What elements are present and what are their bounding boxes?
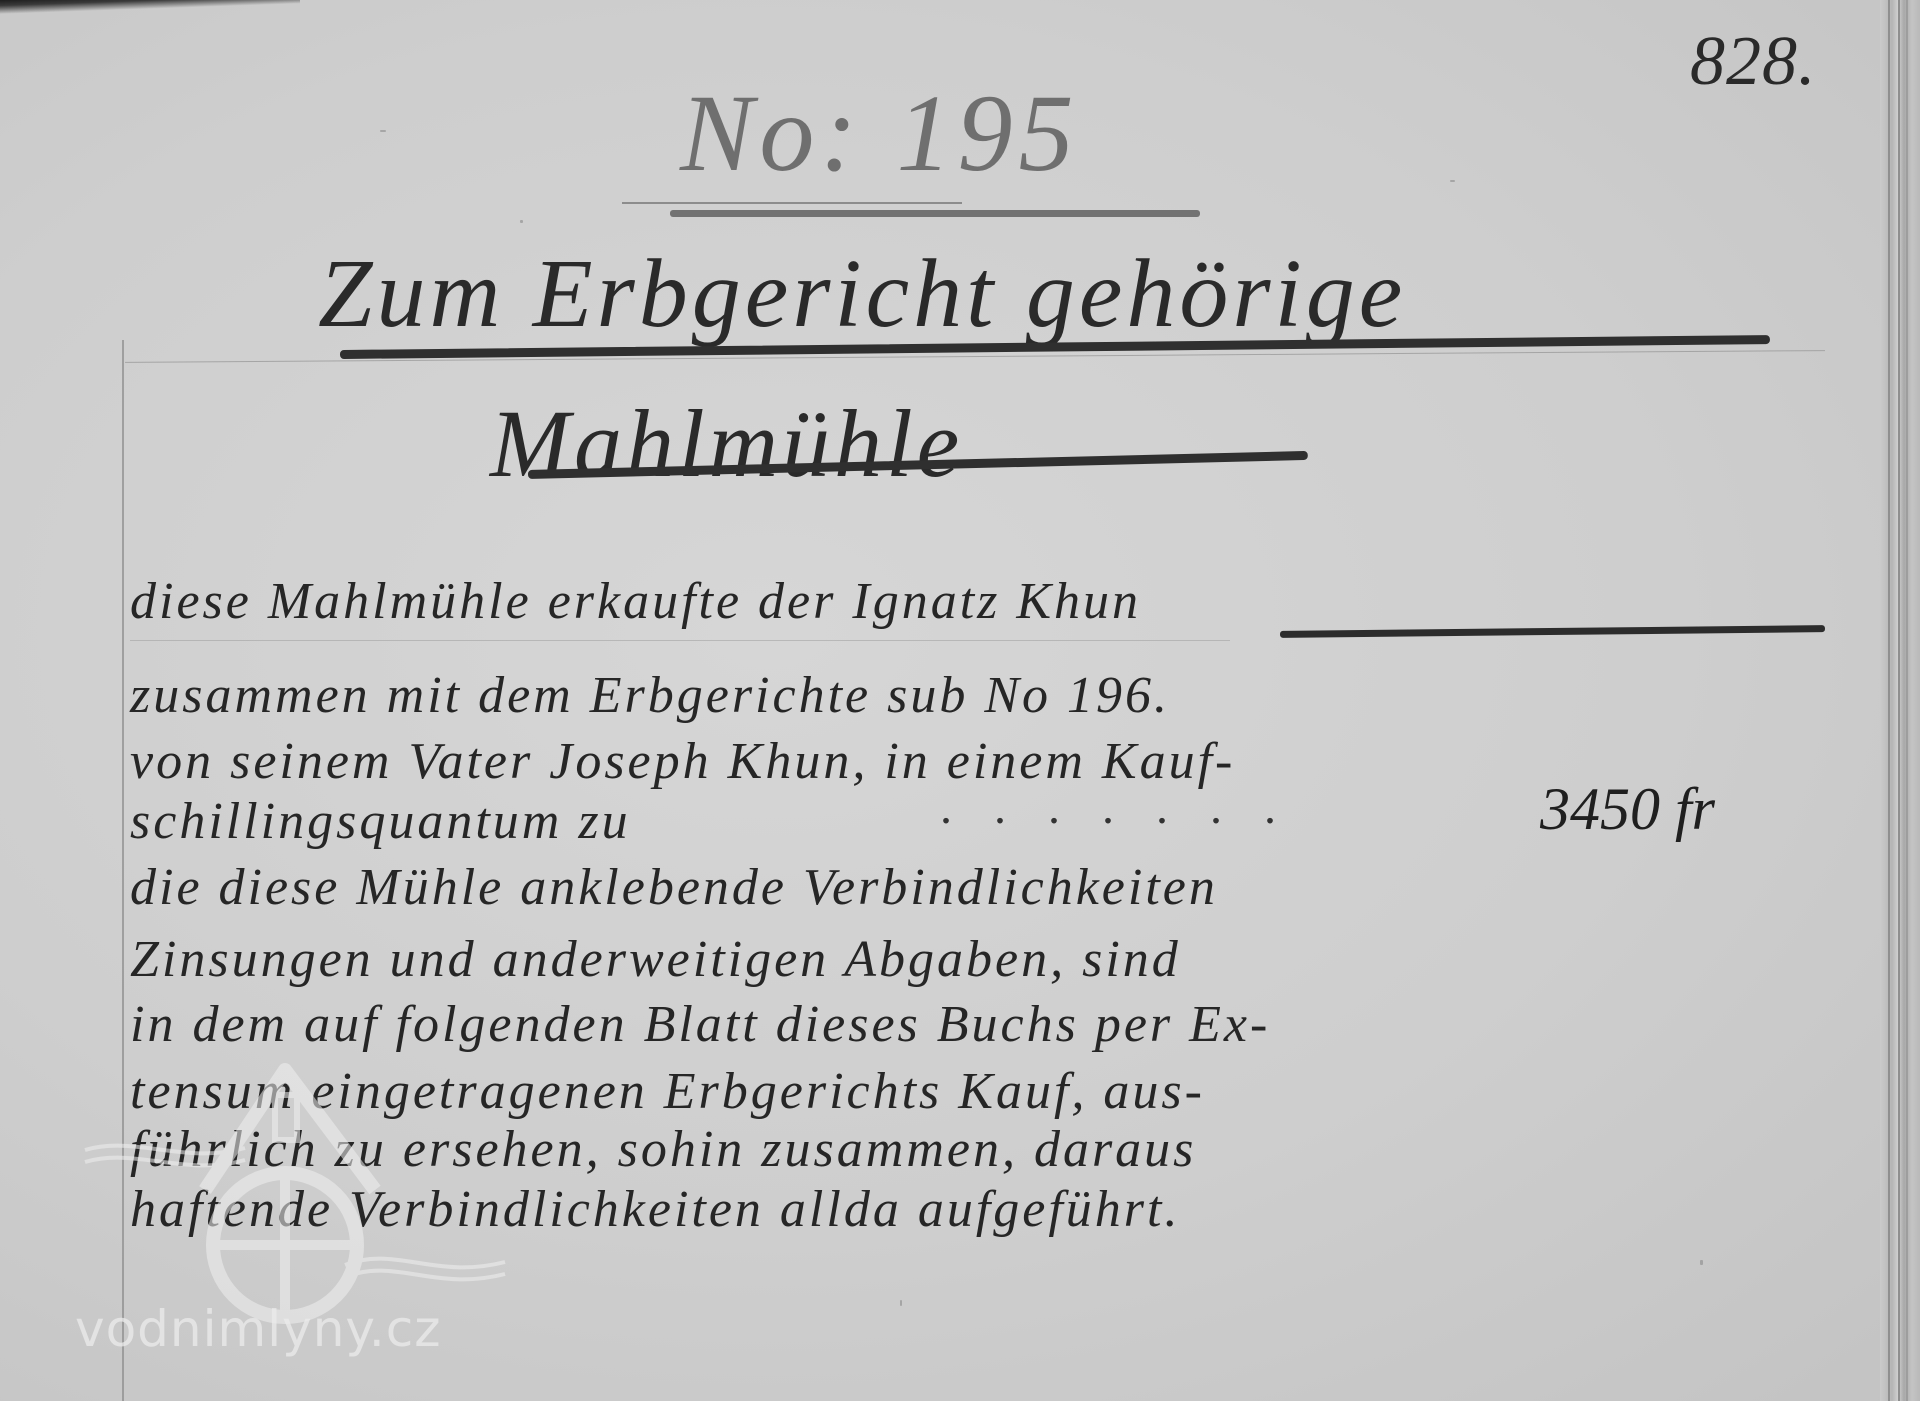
page-number: 828. <box>1690 22 1817 102</box>
document-page: 828. No: 195 Zum Erbgericht gehörige Mah… <box>0 0 1920 1401</box>
amount-value: 3450 <box>1540 776 1660 842</box>
leader-dots: ....... <box>940 780 1318 835</box>
body-line-8: tensum eingetragenen Erbgerichts Kauf, a… <box>130 1062 1205 1121</box>
purchase-amount: 3450 fr <box>1540 775 1715 844</box>
spine-edge-line <box>1898 0 1900 1401</box>
left-margin-rule <box>122 340 124 1401</box>
watermark-text: vodnimlyny.cz <box>75 1300 441 1358</box>
heading-line-1: Zum Erbgericht gehörige <box>318 238 1406 350</box>
paper-speck <box>380 130 386 132</box>
paper-speck <box>900 1300 902 1306</box>
entry-number: No: 195 <box>680 70 1080 197</box>
body-line-6: Zinsungen und anderweitigen Abgaben, sin… <box>130 930 1181 989</box>
body-line-10: haftende Verbindlichkeiten allda aufgefü… <box>130 1180 1180 1239</box>
body-line-5: die diese Mühle anklebende Verbindlichke… <box>130 858 1218 917</box>
spine-edge-line <box>1906 0 1908 1401</box>
amount-currency: fr <box>1675 776 1715 842</box>
heading-line-2: Mahlmühle <box>490 388 963 499</box>
body-line-7: in dem auf folgenden Blatt dieses Buchs … <box>130 995 1270 1054</box>
ruled-line <box>130 640 1230 641</box>
paper-speck <box>1700 1260 1703 1265</box>
body-line-2: zusammen mit dem Erbgerichte sub No 196. <box>130 666 1170 725</box>
body-line-1: diese Mahlmühle erkaufte der Ignatz Khun <box>130 572 1141 631</box>
paper-speck <box>1450 180 1455 182</box>
body-line-9: führlich zu ersehen, sohin zusammen, dar… <box>130 1120 1196 1179</box>
name-underline <box>1280 625 1825 638</box>
paper-speck <box>520 220 523 223</box>
book-spine <box>1880 0 1920 1401</box>
entry-number-underline-thin <box>622 202 962 204</box>
entry-number-underline <box>670 210 1200 217</box>
body-line-4: schillingsquantum zu <box>130 792 631 851</box>
spine-edge-line <box>1888 0 1890 1401</box>
page-edge-shadow <box>0 0 300 14</box>
